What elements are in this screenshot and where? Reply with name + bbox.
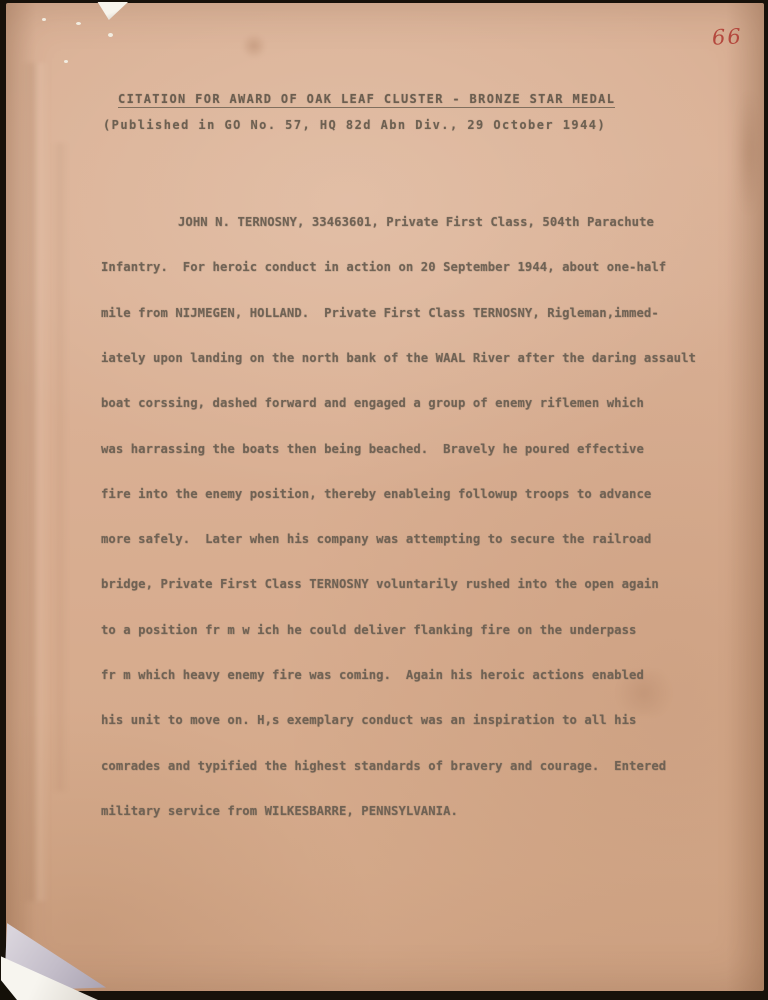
body-line: military service from WILKESBARRE, PENNS… [101, 804, 707, 819]
paper-speck [108, 33, 113, 37]
citation-title-text: CITATION FOR AWARD OF OAK LEAF CLUSTER -… [118, 92, 615, 108]
published-line: (Published in GO No. 57, HQ 82d Abn Div.… [103, 118, 606, 132]
body-line: more safely. Later when his company was … [101, 532, 707, 547]
paper-stain [242, 33, 266, 59]
citation-body: JOHN N. TERNOSNY, 33463601, Private Firs… [101, 185, 707, 849]
body-line: to a position fr m w ich he could delive… [101, 623, 707, 638]
body-line: his unit to move on. H,s exemplary condu… [101, 713, 707, 728]
paper-speck [64, 60, 68, 63]
paper-crease [52, 143, 68, 791]
body-line: bridge, Private First Class TERNOSNY vol… [101, 577, 707, 592]
paper-stain [736, 93, 762, 213]
body-line: mile from NIJMEGEN, HOLLAND. Private Fir… [101, 306, 707, 321]
body-line: fire into the enemy position, thereby en… [101, 487, 707, 502]
body-line: boat corssing, dashed forward and engage… [101, 396, 707, 411]
scanned-document-page: 66 CITATION FOR AWARD OF OAK LEAF CLUSTE… [0, 0, 768, 1000]
body-line: comrades and typified the highest standa… [101, 759, 707, 774]
body-line: was harrassing the boats then being beac… [101, 442, 707, 457]
paper-speck [76, 22, 81, 25]
handwritten-page-number: 66 [711, 24, 743, 50]
body-line: iately upon landing on the north bank of… [101, 351, 707, 366]
body-line: Infantry. For heroic conduct in action o… [101, 260, 707, 275]
body-line: JOHN N. TERNOSNY, 33463601, Private Firs… [101, 215, 707, 230]
citation-title: CITATION FOR AWARD OF OAK LEAF CLUSTER -… [118, 92, 615, 106]
body-line: fr m which heavy enemy fire was coming. … [101, 668, 707, 683]
paper-crease [22, 63, 50, 901]
paper-speck [42, 18, 46, 21]
